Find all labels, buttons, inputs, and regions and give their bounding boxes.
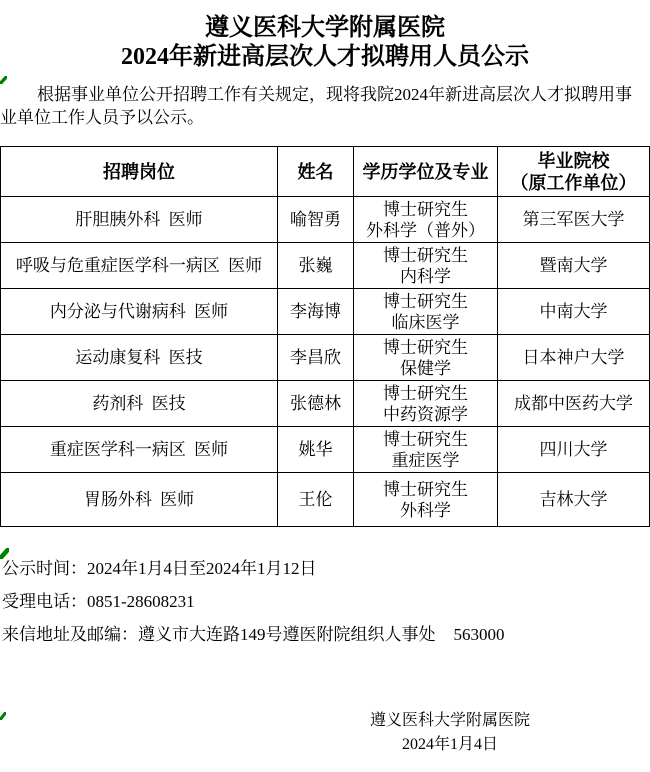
title-line1: 遵义医科大学附属医院 <box>0 14 650 43</box>
degree-cell: 博士研究生 重症医学 <box>354 427 498 473</box>
position-cell: 运动康复科 医技 <box>1 335 278 381</box>
recruitment-table: 招聘岗位 姓名 学历学位及专业 毕业院校 （原工作单位） 肝胆胰外科 医师 喻智… <box>0 146 650 527</box>
postal-code: 563000 <box>454 625 505 644</box>
notice-period-text: 公示时间：2024年1月4日至2024年1月12日 <box>0 557 650 580</box>
table-row: 运动康复科 医技 李昌欣 博士研究生 保健学 日本神户大学 <box>1 335 650 381</box>
name-cell: 李海博 <box>278 289 354 335</box>
position-cell: 药剂科 医技 <box>1 381 278 427</box>
degree-cell: 博士研究生 内科学 <box>354 243 498 289</box>
school-cell: 日本神户大学 <box>498 335 650 381</box>
signature-name: 遵义医科大学附属医院 <box>370 709 530 733</box>
name-cell: 张巍 <box>278 243 354 289</box>
header-cell-name: 姓名 <box>278 147 354 197</box>
school-cell: 成都中医药大学 <box>498 381 650 427</box>
school-cell: 四川大学 <box>498 427 650 473</box>
school-cell: 第三军医大学 <box>498 197 650 243</box>
address-line: 来信地址及邮编：遵义市大连路149号遵医附院组织人事处563000 <box>0 623 650 646</box>
page-title: 遵义医科大学附属医院 2024年新进高层次人才拟聘用人员公示 <box>0 0 650 72</box>
name-cell: 张德林 <box>278 381 354 427</box>
degree-cell: 博士研究生 外科学 <box>354 473 498 527</box>
address-text: 来信地址及邮编：遵义市大连路149号遵医附院组织人事处 <box>2 625 436 644</box>
table-row: 胃肠外科 医师 王伦 博士研究生 外科学 吉林大学 <box>1 473 650 527</box>
name-cell: 李昌欣 <box>278 335 354 381</box>
position-cell: 呼吸与危重症医学科一病区 医师 <box>1 243 278 289</box>
school-cell: 中南大学 <box>498 289 650 335</box>
footer-info: 公示时间：2024年1月4日至2024年1月12日 受理电话：0851-2860… <box>0 557 650 646</box>
title-line2: 2024年新进高层次人才拟聘用人员公示 <box>0 43 650 72</box>
table-row: 呼吸与危重症医学科一病区 医师 张巍 博士研究生 内科学 暨南大学 <box>1 243 650 289</box>
position-cell: 肝胆胰外科 医师 <box>1 197 278 243</box>
school-cell: 吉林大学 <box>498 473 650 527</box>
name-cell: 王伦 <box>278 473 354 527</box>
table-row: 肝胆胰外科 医师 喻智勇 博士研究生 外科学（普外） 第三军医大学 <box>1 197 650 243</box>
table-row: 药剂科 医技 张德林 博士研究生 中药资源学 成都中医药大学 <box>1 381 650 427</box>
header-cell-position: 招聘岗位 <box>1 147 278 197</box>
green-artifact-icon-bottom <box>0 712 6 720</box>
announcement-document: 遵义医科大学附属医院 2024年新进高层次人才拟聘用人员公示 根据事业单位公开招… <box>0 0 650 772</box>
table-row: 内分泌与代谢病科 医师 李海博 博士研究生 临床医学 中南大学 <box>1 289 650 335</box>
position-cell: 胃肠外科 医师 <box>1 473 278 527</box>
intro-paragraph: 根据事业单位公开招聘工作有关规定，现将我院2024年新进高层次人才拟聘用事业单位… <box>0 83 650 129</box>
position-cell: 内分泌与代谢病科 医师 <box>1 289 278 335</box>
signature-date: 2024年1月4日 <box>370 733 530 757</box>
header-cell-school: 毕业院校 （原工作单位） <box>498 147 650 197</box>
degree-cell: 博士研究生 临床医学 <box>354 289 498 335</box>
name-cell: 喻智勇 <box>278 197 354 243</box>
phone-text: 受理电话：0851-28608231 <box>0 590 650 613</box>
school-cell: 暨南大学 <box>498 243 650 289</box>
position-cell: 重症医学科一病区 医师 <box>1 427 278 473</box>
header-cell-degree: 学历学位及专业 <box>354 147 498 197</box>
name-cell: 姚华 <box>278 427 354 473</box>
degree-cell: 博士研究生 中药资源学 <box>354 381 498 427</box>
degree-cell: 博士研究生 外科学（普外） <box>354 197 498 243</box>
signature-block: 遵义医科大学附属医院 2024年1月4日 <box>370 709 530 757</box>
table-header-row: 招聘岗位 姓名 学历学位及专业 毕业院校 （原工作单位） <box>1 147 650 197</box>
table-row: 重症医学科一病区 医师 姚华 博士研究生 重症医学 四川大学 <box>1 427 650 473</box>
degree-cell: 博士研究生 保健学 <box>354 335 498 381</box>
